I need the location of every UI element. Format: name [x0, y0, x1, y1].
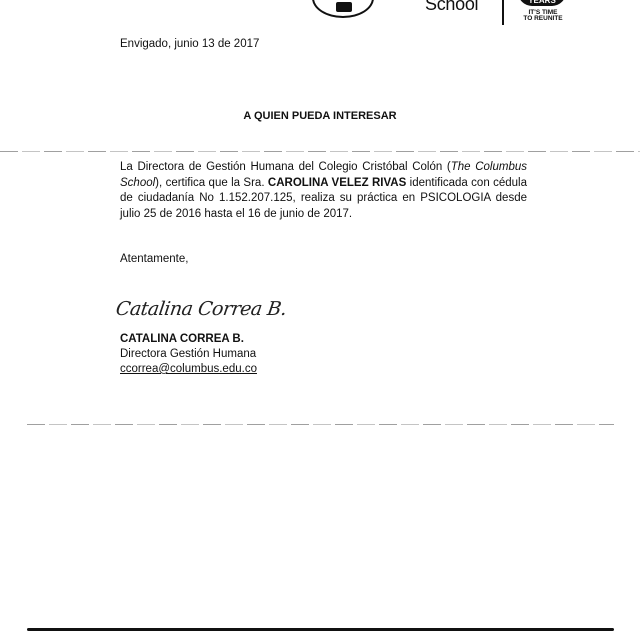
body-part-1: La Directora de Gestión Humana del Coleg…	[120, 161, 451, 173]
tagline-line-2: TO REUNITE	[520, 16, 566, 22]
handwritten-signature: Catalina Correa B.	[114, 298, 287, 320]
years-badge: YEARS	[518, 0, 566, 6]
anniversary-tagline: IT'S TIME TO REUNITE	[520, 10, 566, 22]
signer-title: Directora Gestión Humana	[120, 348, 256, 360]
school-crest-logo	[312, 0, 374, 18]
scan-artifact-line	[27, 424, 614, 425]
school-wordmark: School	[425, 0, 478, 15]
letterhead-divider	[502, 0, 504, 25]
signer-email-link[interactable]: ccorrea@columbus.edu.co	[120, 363, 257, 375]
scan-artifact-line	[0, 151, 640, 152]
body-part-2: ), certifica que la Sra.	[155, 177, 268, 189]
letter-heading: A QUIEN PUEDA INTERESAR	[0, 110, 640, 122]
signer-name: CATALINA CORREA B.	[120, 333, 244, 345]
letter-date: Envigado, junio 13 de 2017	[120, 38, 259, 50]
footer-rule	[27, 628, 614, 631]
letter-closing: Atentamente,	[120, 253, 188, 265]
letter-body: La Directora de Gestión Humana del Coleg…	[120, 160, 527, 222]
certified-person-name: CAROLINA VELEZ RIVAS	[268, 177, 406, 189]
